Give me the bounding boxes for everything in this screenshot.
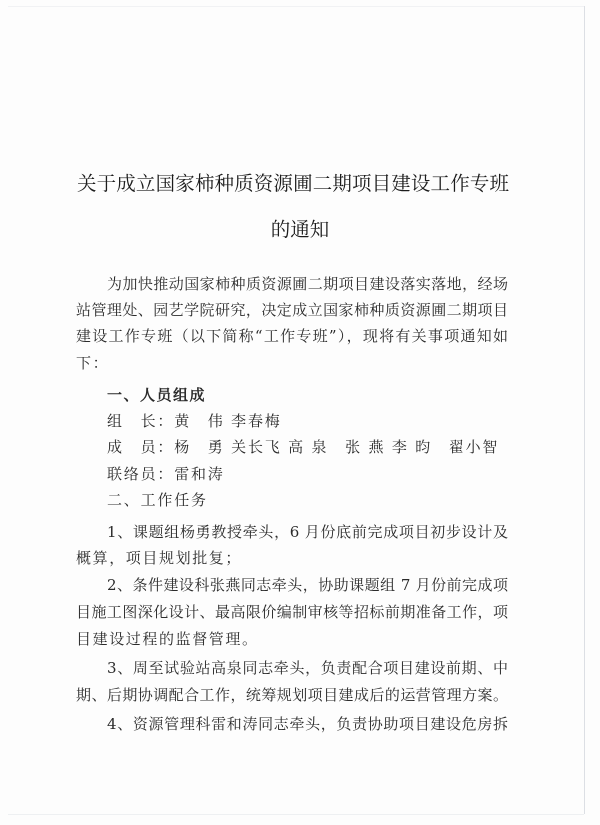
- task-2-line: 2、条件建设科张燕同志牵头，协助课题组 7 月份前完成项: [107, 578, 508, 593]
- scan-edge-right-divider: [584, 6, 585, 814]
- task-1-line: 概算，项目规划批复；: [76, 551, 242, 566]
- task-3-line: 3、周至试验站高泉同志牵头，负责配合项目建设前期、中: [107, 661, 508, 676]
- intro-paragraph-line: 建设工作专班（以下简称“工作专班”），现将有关事项通知如: [76, 329, 508, 344]
- team-members-line: 成 员：杨 勇 关长飞 高 泉 张 燕 李 昀 翟小智: [107, 440, 499, 455]
- task-4-line: 4、资源管理科雷和涛同志牵头，负责协助项目建设危房拆: [107, 717, 508, 732]
- task-2-line: 目建设过程的监督管理。: [76, 632, 259, 647]
- task-2-line: 目施工图深化设计、最高限价编制审核等招标前期准备工作，项: [76, 605, 508, 620]
- document-page: 关于成立国家柿种质资源圃二期项目建设工作专班 的通知 为加快推动国家柿种质资源圃…: [0, 0, 600, 825]
- document-title-continued: 的通知: [0, 220, 600, 240]
- task-3-line: 期、后期协调配合工作，统筹规划项目建成后的运营管理方案。: [76, 688, 508, 703]
- section-heading-tasks: 二、工作任务: [107, 493, 208, 508]
- team-leader-line: 组 长：黄 伟 李春梅: [107, 414, 282, 429]
- scan-edge-bottom-divider: [8, 814, 584, 815]
- intro-paragraph-line: 站管理处、园艺学院研究，决定成立国家柿种质资源圃二期项目: [76, 303, 508, 318]
- intro-paragraph-line: 下：: [76, 356, 109, 371]
- scan-edge-top-divider: [8, 6, 584, 7]
- document-title: 关于成立国家柿种质资源圃二期项目建设工作专班: [77, 174, 509, 194]
- section-heading-personnel: 一、人员组成: [107, 388, 206, 403]
- intro-paragraph-line: 为加快推动国家柿种质资源圃二期项目建设落实落地，经场: [107, 277, 508, 292]
- task-1-line: 1、课题组杨勇教授牵头，6 月份底前完成项目初步设计及: [107, 525, 508, 540]
- liaison-line: 联络员：雷和涛: [107, 467, 225, 482]
